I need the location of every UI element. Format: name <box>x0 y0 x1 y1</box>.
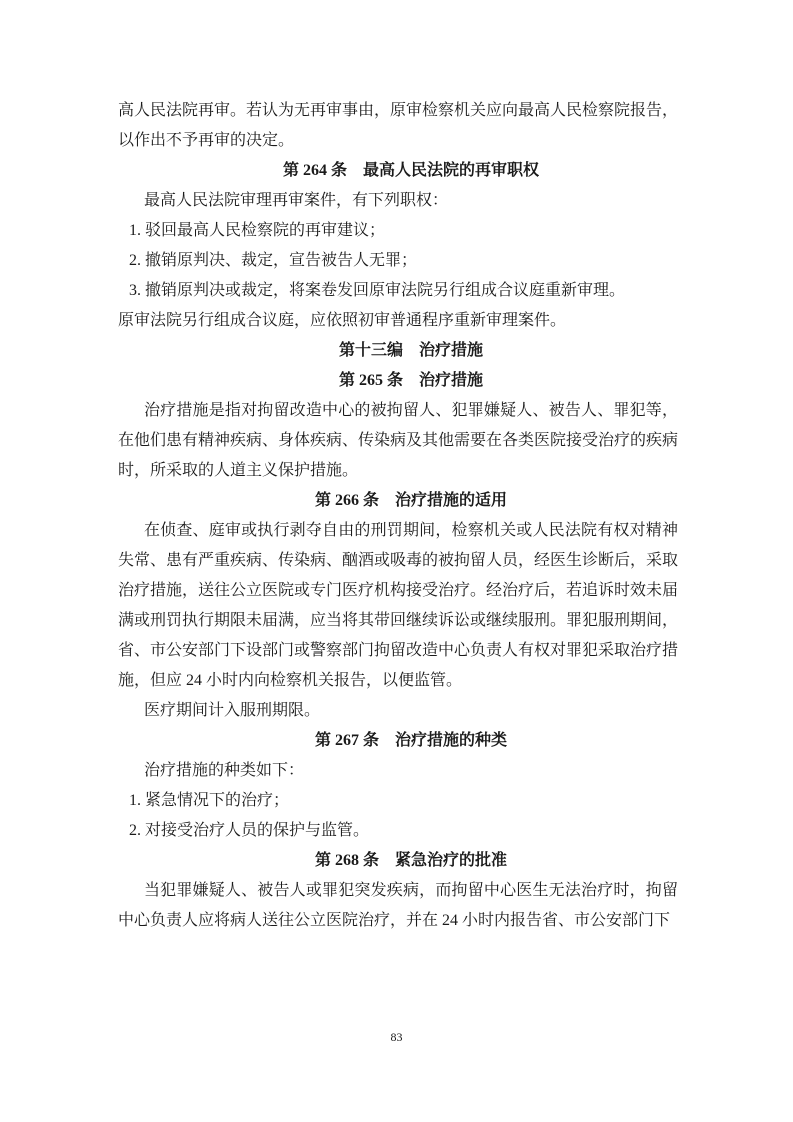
article-266-body-2: 医疗期间计入服刑期限。 <box>118 696 678 726</box>
article-264-item-2: 2. 撤销原判决、裁定，宣告被告人无罪； <box>118 246 678 276</box>
article-264-closing: 原审法院另行组成合议庭，应依照初审普通程序重新审理案件。 <box>118 306 678 336</box>
part-13-heading: 第十三编 治疗措施 <box>118 336 678 366</box>
article-267-intro: 治疗措施的种类如下： <box>118 756 678 786</box>
article-267-item-2: 2. 对接受治疗人员的保护与监管。 <box>118 816 678 846</box>
article-265-heading: 第 265 条 治疗措施 <box>118 366 678 396</box>
document-page: 高人民法院再审。若认为无再审事由，原审检察机关应向最高人民检察院报告，以作出不予… <box>0 0 793 1122</box>
article-266-heading: 第 266 条 治疗措施的适用 <box>118 486 678 516</box>
article-264-intro: 最高人民法院审理再审案件，有下列职权： <box>118 186 678 216</box>
article-268-body: 当犯罪嫌疑人、被告人或罪犯突发疾病，而拘留中心医生无法治疗时，拘留中心负责人应将… <box>118 876 678 936</box>
article-264-heading: 第 264 条 最高人民法院的再审职权 <box>118 156 678 186</box>
article-266-body: 在侦查、庭审或执行剥夺自由的刑罚期间，检察机关或人民法院有权对精神失常、患有严重… <box>118 516 678 696</box>
paragraph-continuation: 高人民法院再审。若认为无再审事由，原审检察机关应向最高人民检察院报告，以作出不予… <box>118 96 678 156</box>
page-body-text: 高人民法院再审。若认为无再审事由，原审检察机关应向最高人民检察院报告，以作出不予… <box>118 96 678 936</box>
article-267-item-1: 1. 紧急情况下的治疗； <box>118 786 678 816</box>
article-268-heading: 第 268 条 紧急治疗的批准 <box>118 846 678 876</box>
page-number: 83 <box>0 1030 793 1044</box>
article-264-item-3: 3. 撤销原判决或裁定，将案卷发回原审法院另行组成合议庭重新审理。 <box>118 276 678 306</box>
article-264-item-1: 1. 驳回最高人民检察院的再审建议； <box>118 216 678 246</box>
article-265-body: 治疗措施是指对拘留改造中心的被拘留人、犯罪嫌疑人、被告人、罪犯等，在他们患有精神… <box>118 396 678 486</box>
article-267-heading: 第 267 条 治疗措施的种类 <box>118 726 678 756</box>
